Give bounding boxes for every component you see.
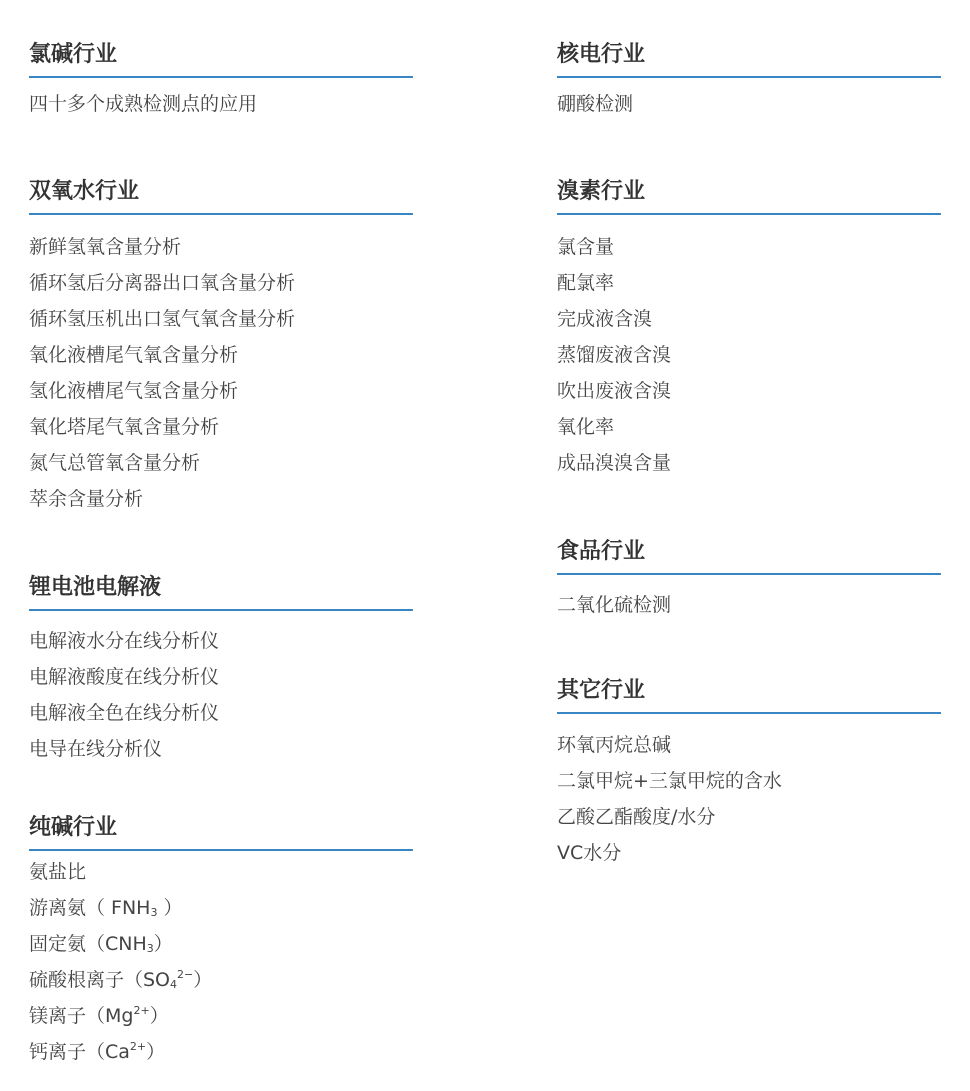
list-item: VC水分 — [557, 835, 941, 871]
item-text: 氨盐比 — [29, 861, 86, 883]
item-list: 电解液水分在线分析仪 电解液酸度在线分析仪 电解液全色在线分析仪 电导在线分析仪 — [29, 623, 413, 767]
list-item: 氧化塔尾气氧含量分析 — [29, 409, 413, 445]
subscript: 3 — [147, 942, 154, 955]
section-title: 纯碱行业 — [29, 813, 413, 843]
section-title: 其它行业 — [557, 676, 941, 706]
item-list: 环氧丙烷总碱 二氯甲烷+三氯甲烷的含水 乙酸乙酯酸度/水分 VC水分 — [557, 727, 941, 871]
list-item: 氧化液槽尾气氧含量分析 — [29, 337, 413, 373]
section-lithium-electrolyte: 锂电池电解液 电解液水分在线分析仪 电解液酸度在线分析仪 电解液全色在线分析仪 … — [29, 573, 413, 767]
list-item: 新鲜氢氧含量分析 — [29, 229, 413, 265]
item-list: 氯含量 配氯率 完成液含溴 蒸馏废液含溴 吹出废液含溴 氧化率 成品溴溴含量 — [557, 229, 941, 481]
item-text-suffix: ） — [193, 969, 212, 991]
list-item: 配氯率 — [557, 265, 941, 301]
superscript: 2+ — [133, 1004, 149, 1017]
item-text: 镁离子（Mg — [29, 1005, 133, 1027]
list-item: 吹出废液含溴 — [557, 373, 941, 409]
list-item: 氮气总管氧含量分析 — [29, 445, 413, 481]
section-title: 氯碱行业 — [29, 40, 413, 70]
item-list: 硼酸检测 — [557, 86, 941, 122]
list-item: 硫酸根离子（SO42−） — [29, 962, 413, 998]
section-divider — [29, 213, 413, 215]
section-divider — [557, 213, 941, 215]
list-item: 电解液全色在线分析仪 — [29, 695, 413, 731]
list-item: 蒸馏废液含溴 — [557, 337, 941, 373]
item-text: 固定氨（CNH — [29, 933, 147, 955]
list-item: 循环氢压机出口氢气氧含量分析 — [29, 301, 413, 337]
list-item: 氨盐比 — [29, 854, 413, 890]
section-chlor-alkali: 氯碱行业 四十多个成熟检测点的应用 — [29, 40, 413, 122]
list-item: 二氧化硫检测 — [557, 587, 941, 623]
list-item: 电解液水分在线分析仪 — [29, 623, 413, 659]
section-divider — [557, 76, 941, 78]
section-food: 食品行业 二氧化硫检测 — [557, 537, 941, 623]
section-hydrogen-peroxide: 双氧水行业 新鲜氢氧含量分析 循环氢后分离器出口氧含量分析 循环氢压机出口氢气氧… — [29, 177, 413, 517]
list-item: 环氧丙烷总碱 — [557, 727, 941, 763]
section-other: 其它行业 环氧丙烷总碱 二氯甲烷+三氯甲烷的含水 乙酸乙酯酸度/水分 VC水分 — [557, 676, 941, 871]
list-item: 游离氨（ FNH3 ） — [29, 890, 413, 926]
item-list: 二氧化硫检测 — [557, 587, 941, 623]
item-list: 新鲜氢氧含量分析 循环氢后分离器出口氧含量分析 循环氢压机出口氢气氧含量分析 氧… — [29, 229, 413, 517]
section-divider — [557, 573, 941, 575]
superscript: 2+ — [130, 1040, 146, 1053]
list-item: 电解液酸度在线分析仪 — [29, 659, 413, 695]
section-nuclear: 核电行业 硼酸检测 — [557, 40, 941, 122]
section-title: 溴素行业 — [557, 177, 941, 207]
section-title: 双氧水行业 — [29, 177, 413, 207]
item-text-suffix: ） — [157, 897, 182, 919]
item-text: 游离氨（ FNH — [29, 897, 150, 919]
list-item: 电导在线分析仪 — [29, 731, 413, 767]
list-item: 氯含量 — [557, 229, 941, 265]
item-text-suffix: ） — [154, 933, 173, 955]
list-item: 硼酸检测 — [557, 86, 941, 122]
list-item: 固定氨（CNH3） — [29, 926, 413, 962]
section-bromine: 溴素行业 氯含量 配氯率 完成液含溴 蒸馏废液含溴 吹出废液含溴 氧化率 成品溴… — [557, 177, 941, 481]
section-soda-ash: 纯碱行业 氨盐比 游离氨（ FNH3 ） 固定氨（CNH3） 硫酸根离子（SO4… — [29, 813, 413, 1070]
list-item: 成品溴溴含量 — [557, 445, 941, 481]
section-title: 核电行业 — [557, 40, 941, 70]
item-text-suffix: ） — [150, 1005, 169, 1027]
superscript: 2− — [177, 968, 193, 981]
section-divider — [29, 849, 413, 851]
item-list: 氨盐比 游离氨（ FNH3 ） 固定氨（CNH3） 硫酸根离子（SO42−） 镁… — [29, 854, 413, 1070]
item-text-suffix: ） — [146, 1041, 165, 1063]
item-text: 钙离子（Ca — [29, 1041, 130, 1063]
list-item: 氢化液槽尾气氢含量分析 — [29, 373, 413, 409]
list-item: 萃余含量分析 — [29, 481, 413, 517]
list-item: 乙酸乙酯酸度/水分 — [557, 799, 941, 835]
list-item: 完成液含溴 — [557, 301, 941, 337]
section-divider — [29, 609, 413, 611]
list-item: 四十多个成熟检测点的应用 — [29, 86, 413, 122]
subscript: 4 — [170, 978, 177, 991]
list-item: 循环氢后分离器出口氧含量分析 — [29, 265, 413, 301]
section-divider — [557, 712, 941, 714]
section-title: 锂电池电解液 — [29, 573, 413, 603]
list-item: 二氯甲烷+三氯甲烷的含水 — [557, 763, 941, 799]
item-list: 四十多个成熟检测点的应用 — [29, 86, 413, 122]
item-text: 硫酸根离子（SO — [29, 969, 170, 991]
list-item: 镁离子（Mg2+） — [29, 998, 413, 1034]
list-item: 氧化率 — [557, 409, 941, 445]
list-item: 钙离子（Ca2+） — [29, 1034, 413, 1070]
section-title: 食品行业 — [557, 537, 941, 567]
section-divider — [29, 76, 413, 78]
